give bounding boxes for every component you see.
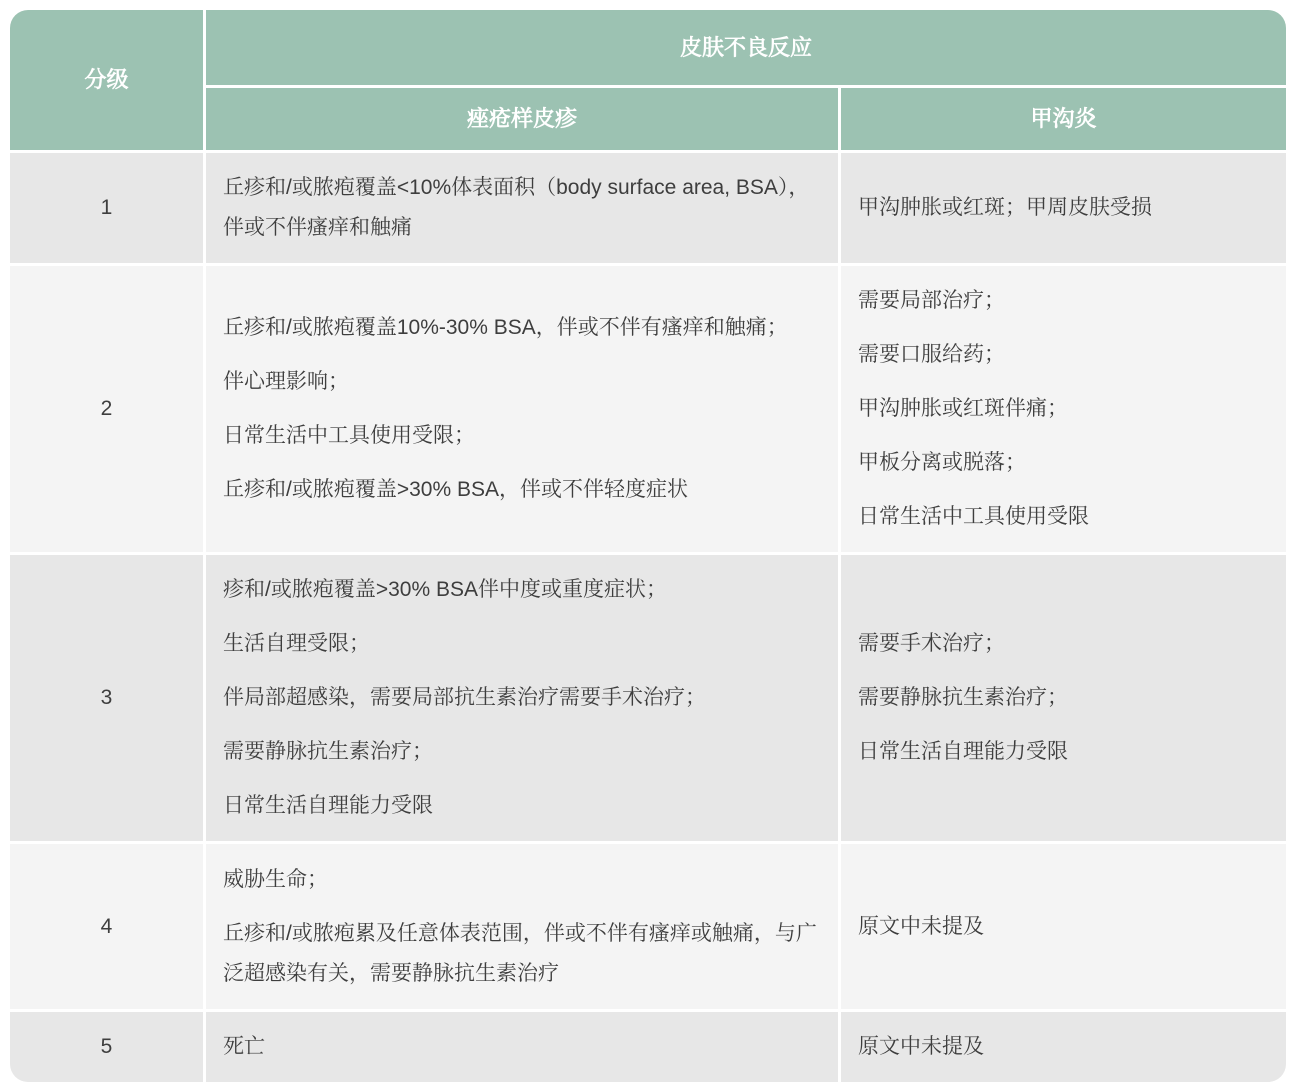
cell-paragraph: 甲沟肿胀或红斑伴痛； (858, 389, 1269, 429)
rash-cell-row2: 丘疹和/或脓疱覆盖10%-30% BSA，伴或不伴有瘙痒和触痛； 伴心理影响； … (206, 266, 838, 552)
grade-cell-row1: 1 (10, 153, 203, 263)
cell-paragraph: 需要手术治疗； (858, 624, 1269, 664)
skin-adverse-reaction-group-header: 皮肤不良反应 (206, 10, 1286, 85)
rash-cell-row4: 威胁生命； 丘疹和/或脓疱累及任意体表范围，伴或不伴有瘙痒或触痛，与广泛超感染有… (206, 844, 838, 1009)
skin-adverse-reaction-grading-table: 分级 皮肤不良反应 痤疮样皮疹 甲沟炎 1 丘疹和/或脓疱覆盖<10%体表面积（… (10, 10, 1286, 1082)
cell-paragraph: 需要静脉抗生素治疗； (858, 678, 1269, 718)
acneiform-rash-column-header: 痤疮样皮疹 (206, 88, 838, 150)
cell-paragraph: 生活自理受限； (223, 624, 821, 664)
rash-cell-row3: 疹和/或脓疱覆盖>30% BSA伴中度或重度症状； 生活自理受限； 伴局部超感染… (206, 555, 838, 841)
cell-paragraph: 死亡 (223, 1027, 821, 1067)
paronychia-cell-row4: 原文中未提及 (841, 844, 1286, 1009)
cell-paragraph: 丘疹和/或脓疱覆盖>30% BSA，伴或不伴轻度症状 (223, 470, 821, 510)
cell-paragraph: 需要局部治疗； (858, 281, 1269, 321)
grade-cell-row5: 5 (10, 1012, 203, 1082)
rash-cell-row1: 丘疹和/或脓疱覆盖<10%体表面积（body surface area, BSA… (206, 153, 838, 263)
cell-paragraph: 伴局部超感染，需要局部抗生素治疗需要手术治疗； (223, 678, 821, 718)
paronychia-cell-row1: 甲沟肿胀或红斑；甲周皮肤受损 (841, 153, 1286, 263)
cell-paragraph: 原文中未提及 (858, 1027, 1269, 1067)
cell-paragraph: 疹和/或脓疱覆盖>30% BSA伴中度或重度症状； (223, 570, 821, 610)
cell-paragraph: 甲板分离或脱落； (858, 443, 1269, 483)
paronychia-column-header: 甲沟炎 (841, 88, 1286, 150)
paronychia-cell-row2: 需要局部治疗； 需要口服给药； 甲沟肿胀或红斑伴痛； 甲板分离或脱落； 日常生活… (841, 266, 1286, 552)
cell-paragraph: 日常生活中工具使用受限 (858, 497, 1269, 537)
cell-paragraph: 日常生活中工具使用受限； (223, 416, 821, 456)
paronychia-cell-row3: 需要手术治疗； 需要静脉抗生素治疗； 日常生活自理能力受限 (841, 555, 1286, 841)
cell-paragraph: 丘疹和/或脓疱累及任意体表范围，伴或不伴有瘙痒或触痛，与广泛超感染有关，需要静脉… (223, 914, 821, 994)
cell-paragraph: 需要静脉抗生素治疗； (223, 732, 821, 772)
cell-paragraph: 丘疹和/或脓疱覆盖<10%体表面积（body surface area, BSA… (223, 168, 821, 248)
page: 分级 皮肤不良反应 痤疮样皮疹 甲沟炎 1 丘疹和/或脓疱覆盖<10%体表面积（… (0, 0, 1296, 1090)
grade-cell-row4: 4 (10, 844, 203, 1009)
grade-cell-row3: 3 (10, 555, 203, 841)
grade-column-header: 分级 (10, 10, 203, 150)
cell-paragraph: 伴心理影响； (223, 362, 821, 402)
cell-paragraph: 需要口服给药； (858, 335, 1269, 375)
cell-paragraph: 日常生活自理能力受限 (223, 786, 821, 826)
cell-paragraph: 丘疹和/或脓疱覆盖10%-30% BSA，伴或不伴有瘙痒和触痛； (223, 308, 821, 348)
rash-cell-row5: 死亡 (206, 1012, 838, 1082)
grade-cell-row2: 2 (10, 266, 203, 552)
cell-paragraph: 日常生活自理能力受限 (858, 732, 1269, 772)
cell-paragraph: 威胁生命； (223, 860, 821, 900)
paronychia-cell-row5: 原文中未提及 (841, 1012, 1286, 1082)
cell-paragraph: 原文中未提及 (858, 907, 1269, 947)
cell-paragraph: 甲沟肿胀或红斑；甲周皮肤受损 (858, 188, 1269, 228)
